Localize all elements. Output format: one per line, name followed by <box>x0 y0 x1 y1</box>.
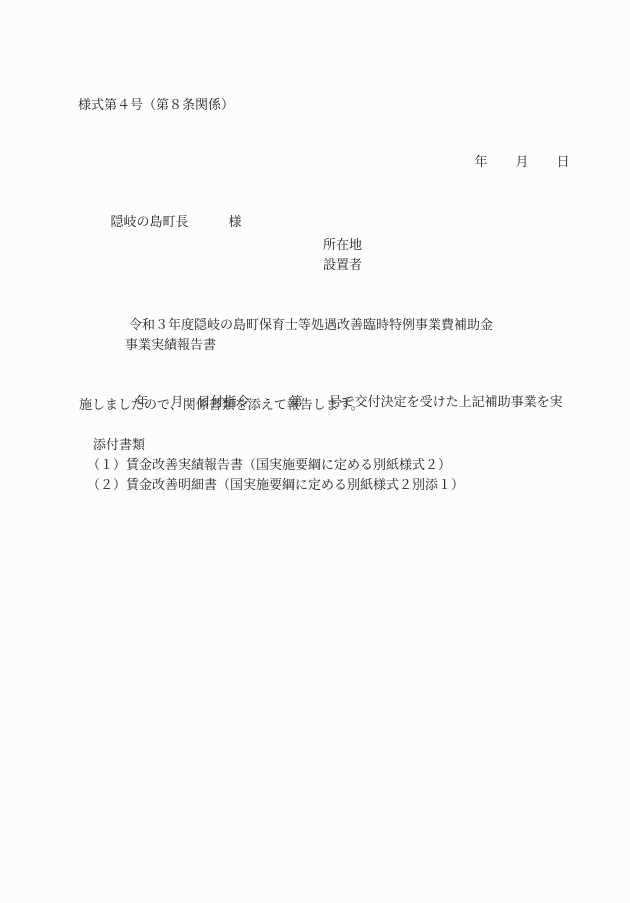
date-year-label: 年 <box>475 154 488 171</box>
form-number: 様式第４号（第８条関係） <box>78 97 234 114</box>
addressee-honorific: 様 <box>229 215 242 230</box>
document-title-line2: 事業実績報告書 <box>125 337 216 354</box>
addressee: 隠岐の島町長様 <box>94 197 242 248</box>
establisher-label: 設置者 <box>323 257 362 274</box>
document-title-line1: 令和３年度隠岐の島町保育士等処遇改善臨時特例事業費補助金 <box>129 317 493 334</box>
attachments-heading: 添付書類 <box>93 437 145 454</box>
body-paragraph-line2: 施しましたので、関係書類を添えて報告します。 <box>79 397 364 414</box>
addressee-name: 隠岐の島町長 <box>111 215 189 230</box>
date-line: 年月日 <box>458 137 570 188</box>
date-day-label: 日 <box>557 154 570 171</box>
date-month-label: 月 <box>516 154 529 171</box>
attachment-item: （１）賃金改善実績報告書（国実施要綱に定める別紙様式２） <box>87 457 451 474</box>
location-label: 所在地 <box>323 237 362 254</box>
attachment-item: （２）賃金改善明細書（国実施要綱に定める別紙様式２別添１） <box>87 477 464 494</box>
